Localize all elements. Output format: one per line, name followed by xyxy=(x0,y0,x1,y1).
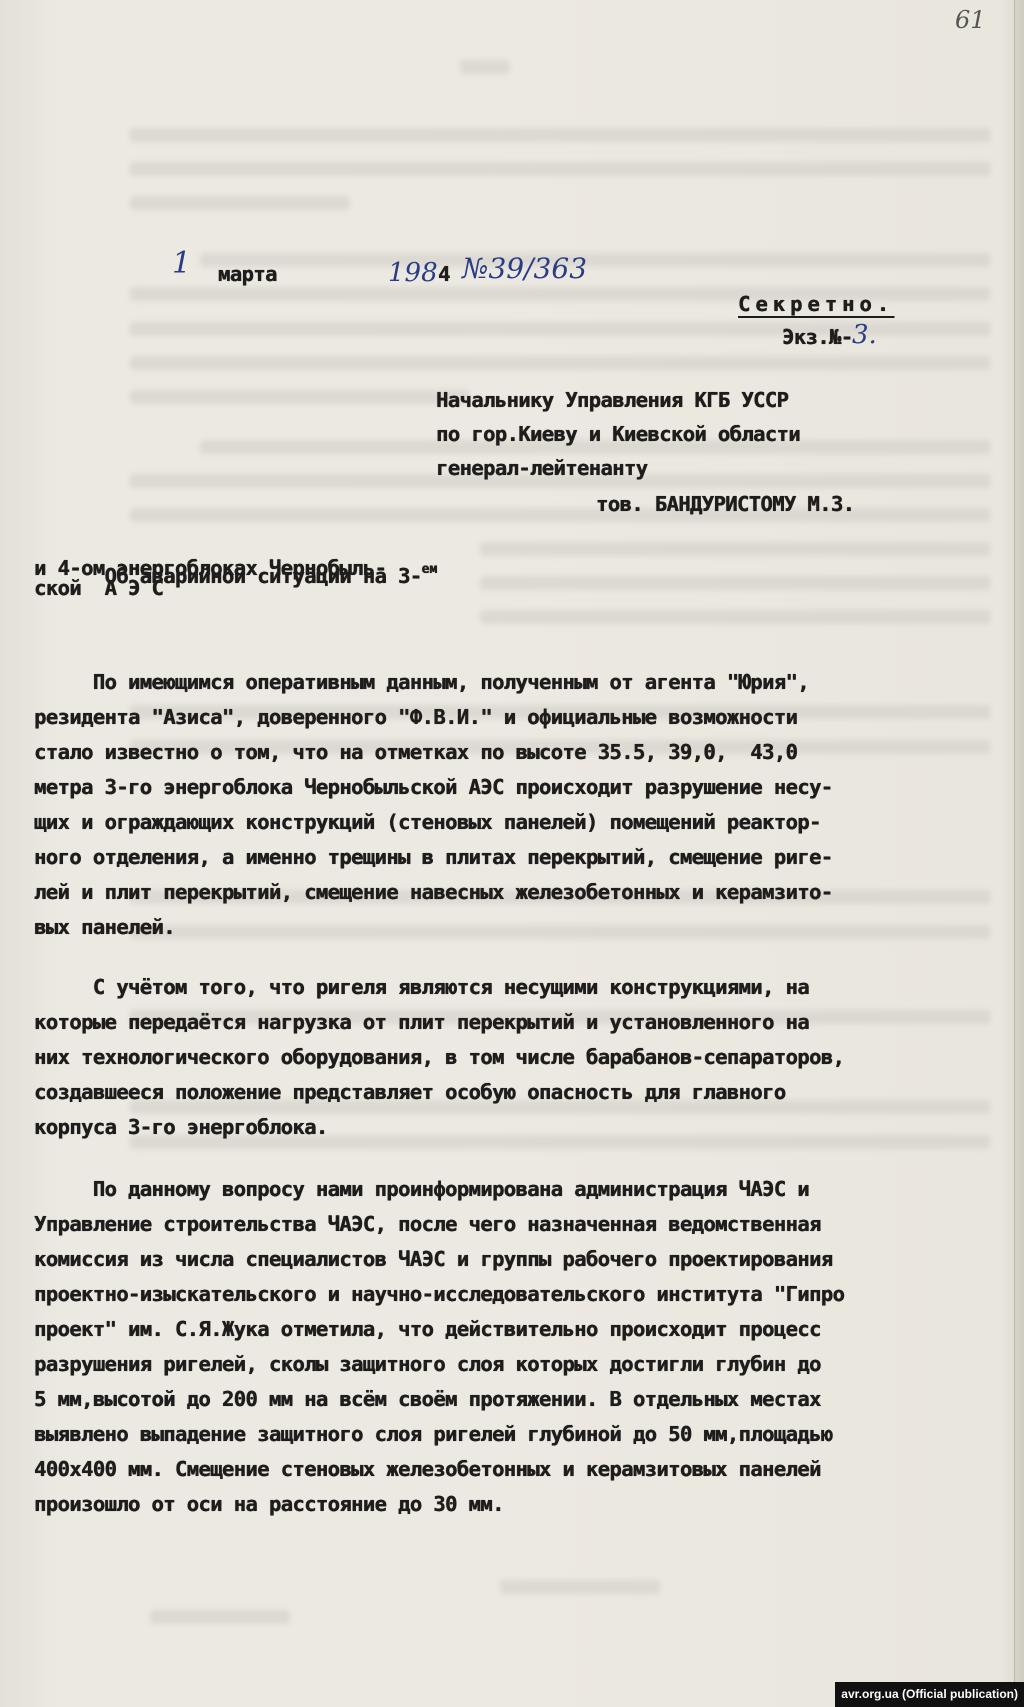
date-day: 1 xyxy=(172,246,191,281)
body-line: щих и ограждающих конструкций (стеновых … xyxy=(34,810,821,834)
body-line: резидента "Азиса", доверенного "Ф.В.И." … xyxy=(34,705,797,729)
date-year-typed: 4 xyxy=(438,262,450,286)
body-line: разрушения ригелей, сколы защитного слоя… xyxy=(34,1352,821,1376)
source-watermark: avr.org.ua (Official publication) xyxy=(835,1682,1024,1707)
body-line: стало известно о том, что на отметках по… xyxy=(34,740,797,764)
body-line: 400х400 мм. Смещение стеновых железобето… xyxy=(34,1457,821,1481)
body-line: них технологического оборудования, в том… xyxy=(34,1045,844,1069)
date-year-handwritten: 198 xyxy=(388,258,438,288)
body-line: С учётом того, что ригеля являются несущ… xyxy=(34,975,809,999)
registration-number: №39/363 xyxy=(462,252,587,285)
copy-number-label: Экз.№- xyxy=(782,325,852,349)
body-line: По данному вопросу нами проинформирована… xyxy=(34,1177,809,1201)
date-month: марта xyxy=(218,262,277,286)
body-line: которые передаётся нагрузка от плит пере… xyxy=(34,1010,809,1034)
addressee-line: генерал-лейтенанту xyxy=(436,456,647,480)
body-line: проект" им. С.Я.Жука отметила, что дейст… xyxy=(34,1317,821,1341)
page-edge xyxy=(1014,0,1024,1707)
body-line: По имеющимся оперативным данным, получен… xyxy=(34,670,809,694)
addressee-line: по гор.Киеву и Киевской области xyxy=(436,422,800,446)
body-line: 5 мм,высотой до 200 мм на всём своём про… xyxy=(34,1387,821,1411)
addressee-line: тов. БАНДУРИСТОМУ М.З. xyxy=(596,492,854,516)
body-line: комиссия из числа специалистов ЧАЭС и гр… xyxy=(34,1247,832,1271)
document-page: 61 1 марта 198 4 №39/363 Секретно. Экз.№… xyxy=(0,0,1016,1707)
body-line: метра 3-го энергоблока Чернобыльской АЭС… xyxy=(34,775,832,799)
body-line: корпуса 3-го энергоблока. xyxy=(34,1115,328,1139)
subject-superscript: ем xyxy=(422,562,438,577)
body-line: проектно-изыскательского и научно-исслед… xyxy=(34,1282,844,1306)
subject-line: и 4-ом энергоблоках Чернобыль- xyxy=(34,558,386,578)
copy-number-value: 3. xyxy=(852,320,877,350)
classification-stamp: Секретно. xyxy=(738,292,894,316)
addressee-line: Начальнику Управления КГБ УССР xyxy=(436,388,788,412)
archive-page-number: 61 xyxy=(955,6,986,34)
body-line: выявлено выпадение защитного слоя ригеле… xyxy=(34,1422,832,1446)
body-line: Управление строительства ЧАЭС, после чег… xyxy=(34,1212,821,1236)
body-line: ного отделения, а именно трещины в плита… xyxy=(34,845,832,869)
body-line: произошло от оси на расстояние до 30 мм. xyxy=(34,1492,504,1516)
body-line: лей и плит перекрытий, смещение навесных… xyxy=(34,880,832,904)
body-line: вых панелей. xyxy=(34,915,175,939)
subject-line: ской А Э С xyxy=(34,578,163,598)
body-line: создавшееся положение представляет особу… xyxy=(34,1080,786,1104)
